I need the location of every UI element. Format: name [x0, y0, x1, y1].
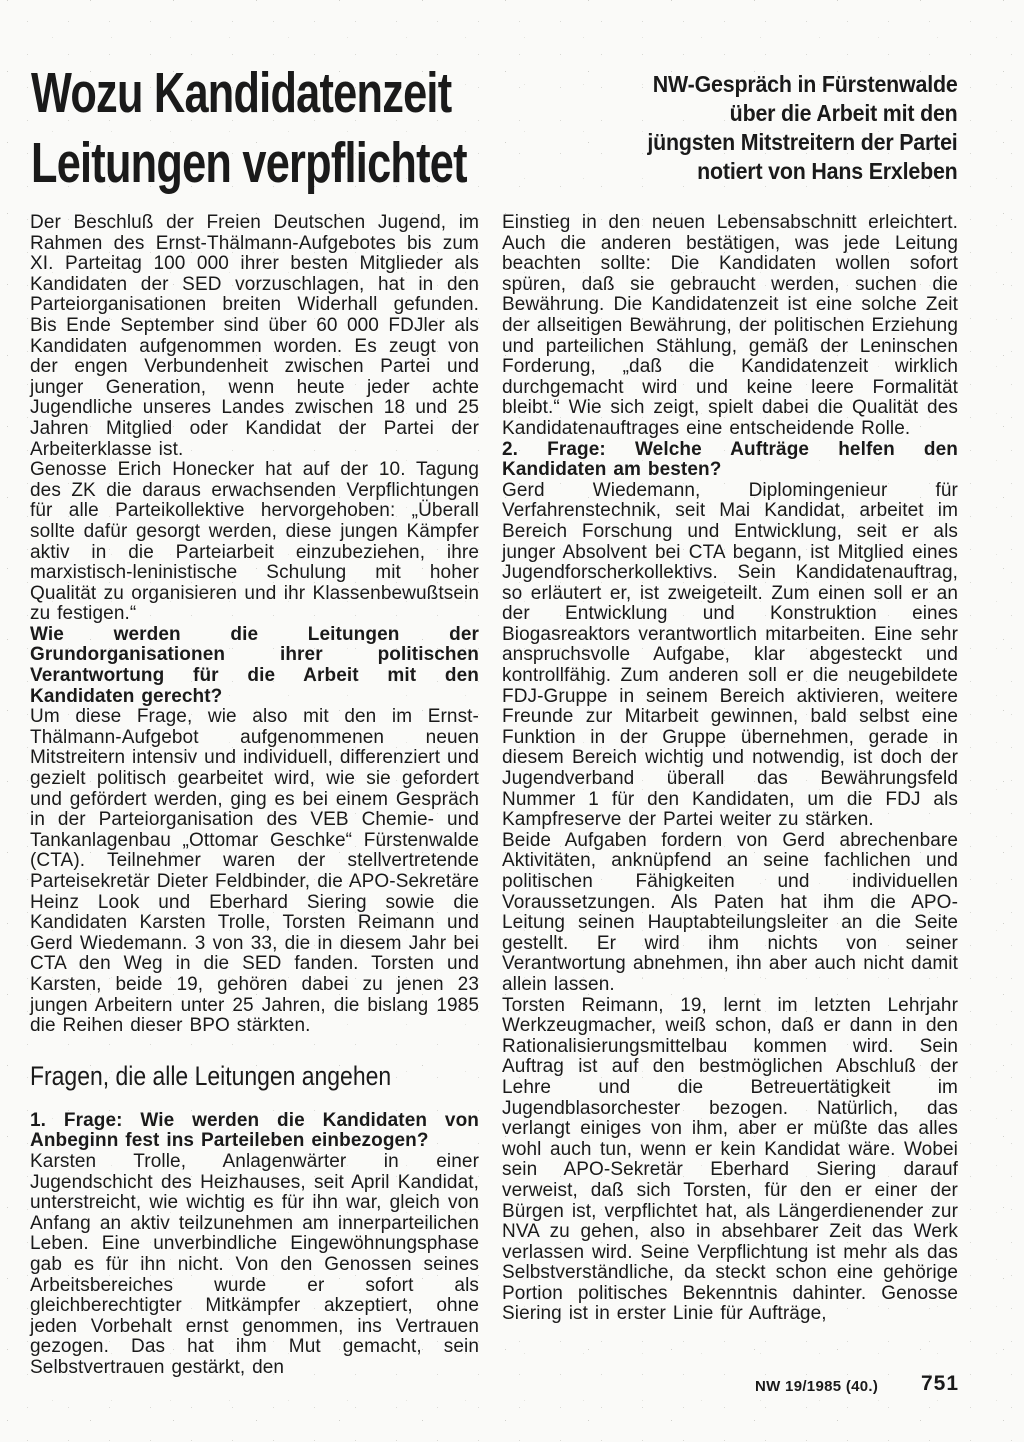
body-paragraph: Karsten Trolle, Anlagenwärter in einer J…: [30, 1152, 479, 1379]
kicker-line: notiert von Hans Erxleben: [648, 157, 958, 186]
article-column-right: Einstieg in den neuen Lebensabschnitt er…: [502, 213, 958, 1378]
article-column-left: Der Beschluß der Freien Deutschen Jugend…: [30, 213, 479, 1378]
article-body: Der Beschluß der Freien Deutschen Jugend…: [30, 213, 958, 1378]
kicker-line: jüngsten Mitstreitern der Partei: [648, 128, 958, 157]
body-paragraph: Um diese Frage, wie also mit den im Erns…: [30, 707, 479, 1037]
headline-line-1: Wozu Kandidatenzeit: [31, 58, 467, 128]
headline-line-2: Leitungen verpflichtet: [31, 128, 467, 198]
footer-issue-label: NW 19/1985 (40.): [755, 1378, 878, 1395]
question-paragraph: 1. Frage: Wie werden die Kandidaten von …: [30, 1111, 479, 1152]
kicker-line: über die Arbeit mit den: [648, 99, 958, 128]
footer-page-number: 751: [921, 1372, 959, 1396]
body-paragraph: Einstieg in den neuen Lebensabschnitt er…: [502, 213, 958, 440]
body-paragraph: Der Beschluß der Freien Deutschen Jugend…: [30, 213, 479, 460]
question-paragraph: Wie werden die Leitungen der Grundorgani…: [30, 625, 479, 707]
body-paragraph: Torsten Reimann, 19, lernt im letzten Le…: [502, 996, 958, 1326]
section-subhead: Fragen, die alle Leitungen angehen: [30, 1061, 412, 1091]
body-paragraph: Genosse Erich Honecker hat auf der 10. T…: [30, 460, 479, 625]
article-kicker: NW-Gespräch in Fürstenwalde über die Arb…: [648, 70, 958, 186]
body-paragraph: Beide Aufgaben fordern von Gerd abrechen…: [502, 831, 958, 996]
body-paragraph: Gerd Wiedemann, Diplomingenieur für Verf…: [502, 481, 958, 831]
question-paragraph: 2. Frage: Welche Aufträge helfen den Kan…: [502, 440, 958, 481]
magazine-page: Wozu Kandidatenzeit Leitungen verpflicht…: [0, 0, 1024, 1442]
article-headline: Wozu Kandidatenzeit Leitungen verpflicht…: [31, 58, 604, 198]
kicker-line: NW-Gespräch in Fürstenwalde: [648, 70, 958, 99]
